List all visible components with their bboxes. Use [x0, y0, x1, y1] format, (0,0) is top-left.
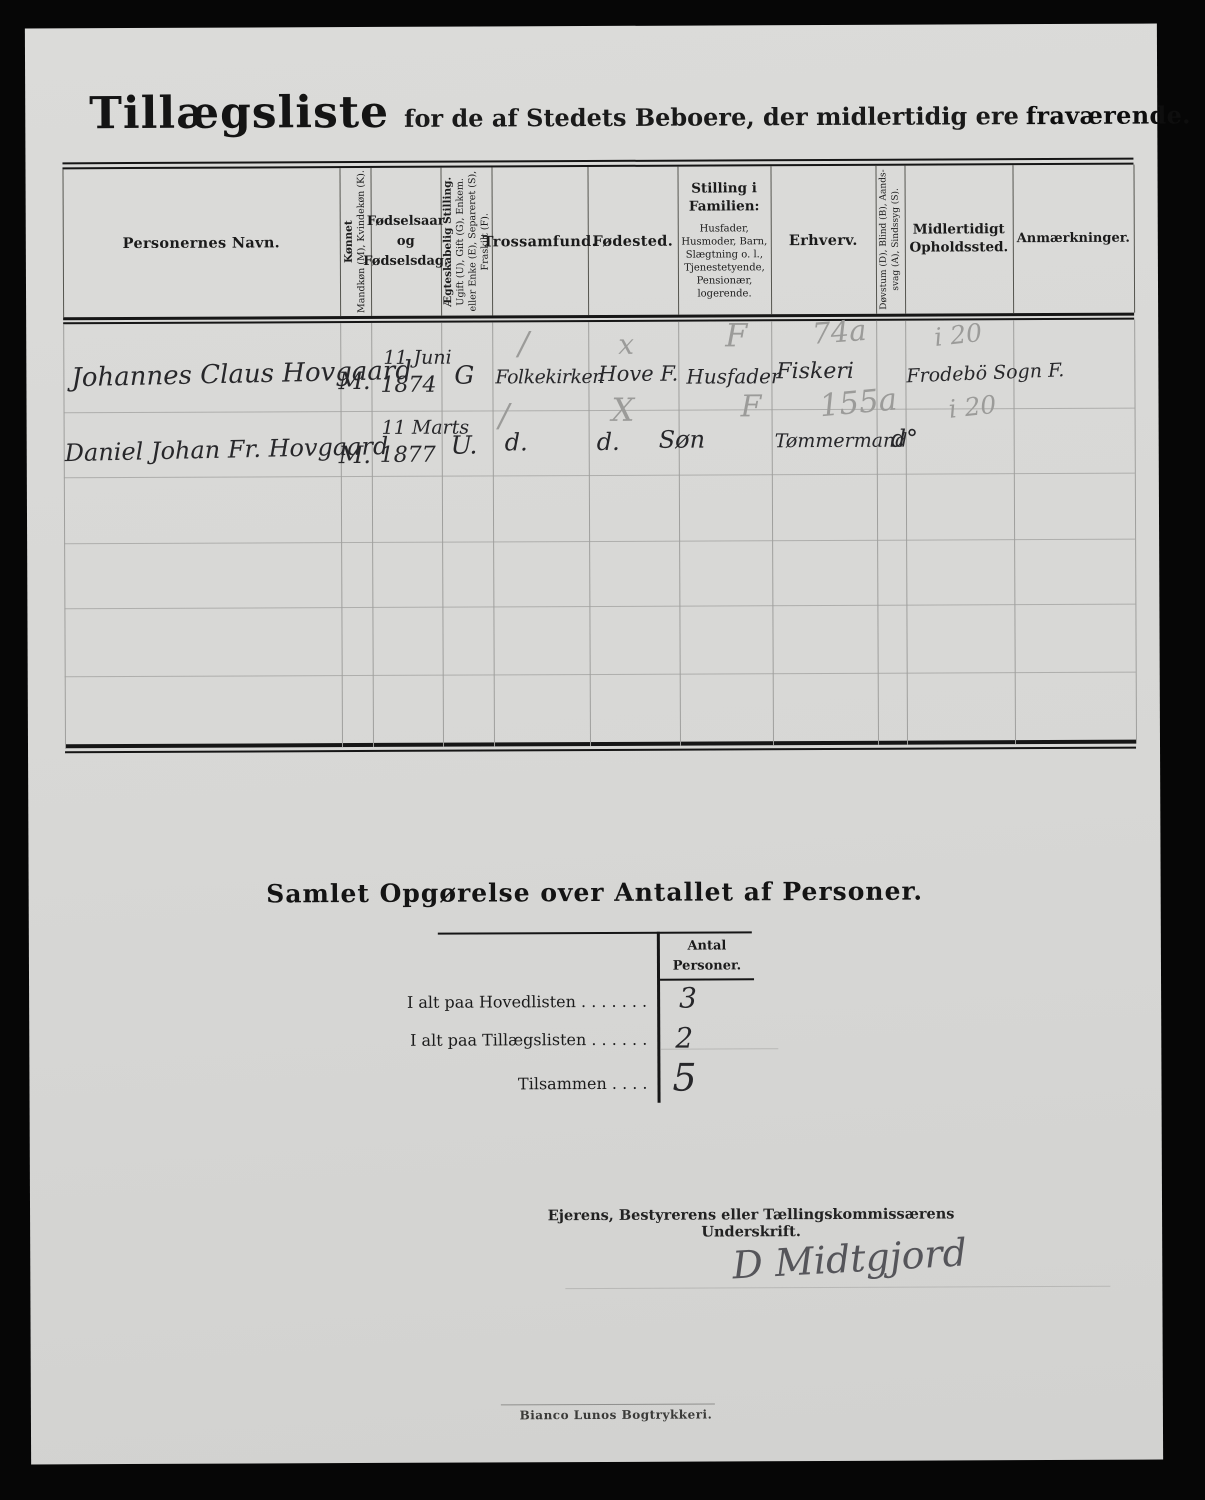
column-divider — [1013, 320, 1016, 744]
pencil-annotation: i 20 — [933, 318, 984, 352]
col-header-label: Stilling i Familien: — [678, 181, 771, 216]
cell-birthplace: d. — [597, 428, 620, 456]
cell-sex: M. — [338, 367, 370, 395]
col-header-doevstum: Døvstum (D), Blind (B), Aands- svag (A),… — [875, 166, 905, 314]
column-divider — [441, 323, 444, 747]
cell-birth-day: 11 Juni — [383, 347, 451, 369]
pencil-annotation: F — [740, 389, 761, 424]
pencil-annotation: F — [725, 316, 747, 354]
column-divider — [678, 322, 681, 746]
imprint-rule — [501, 1403, 715, 1405]
cell-occupation: Fiskeri — [776, 359, 854, 384]
cell-birth-year: 1874 — [380, 373, 436, 398]
signature-section: Ejerens, Bestyrerens eller Tællingskommi… — [25, 24, 1157, 29]
pencil-annotation: 74a — [811, 313, 868, 351]
summary-row-label: Tilsammen . . . . — [345, 1074, 647, 1094]
col-header-label: Døvstum (D), Blind (B), Aands- — [878, 166, 891, 314]
page-title-emphasis: fraværende. — [1026, 100, 1191, 130]
summary-col-header-line: Antal — [660, 936, 754, 956]
cell-birth-year: 1877 — [380, 443, 436, 468]
col-header-foedested: Fødested. — [587, 167, 678, 315]
scanned-census-page: Tillægsliste for de af Stedets Beboere, … — [25, 24, 1163, 1465]
summary-row-label: I alt paa Hovedlisten . . . . . . . — [345, 992, 647, 1012]
printer-imprint: Bianco Lunos Bogtrykkeri. — [451, 1407, 781, 1422]
col-header-label: Fødselsdag. — [363, 252, 448, 273]
col-header-erhverv: Erhverv. — [770, 166, 876, 314]
col-header-label: Trossamfund. — [483, 232, 597, 249]
cell-occupation: Tømmermand — [775, 430, 908, 453]
row-rule — [64, 539, 1135, 545]
col-header-label: Midlertidigt — [913, 222, 1005, 240]
column-divider — [63, 324, 66, 748]
col-header-stilling-i-familien: Stilling i Familien: Husfader, Husmoder,… — [677, 166, 771, 314]
pencil-annotation: 155a — [818, 381, 899, 424]
col-header-label: Anmærkninger. — [1017, 229, 1130, 250]
col-header-sublabel: Ugift (U), Gift (G), Enkem. — [455, 168, 468, 316]
table-row: Daniel Johan Fr. Hovgaard M. 11 Marts 18… — [25, 24, 1157, 29]
cell-marital: G — [454, 361, 474, 390]
col-header-anmaerkninger: Anmærkninger. — [1012, 165, 1134, 314]
cell-birthplace: Hove F. — [598, 362, 678, 386]
row-rule — [64, 604, 1135, 610]
col-header-label: Personernes Navn. — [123, 234, 280, 252]
col-header-sublabel: Husfader, Husmoder, Barn, Slægtning o. l… — [678, 222, 771, 300]
summary-row-label: I alt paa Tillægslisten . . . . . . — [345, 1030, 647, 1050]
col-header-label: Fødselsaar — [367, 211, 445, 231]
pencil-annotation: / — [498, 396, 509, 434]
col-header-koennet: Kønnet Mandkøn (M), Kvindekøn (K). — [339, 168, 371, 316]
cell-marital: U. — [451, 431, 478, 460]
col-header-label: og — [397, 232, 415, 252]
summary-top-rule — [438, 931, 752, 934]
col-header-sublabel: eller Enke (E), Separeret (S), — [467, 167, 480, 315]
summary-section: Samlet Opgørelse over Antallet af Person… — [25, 24, 1157, 29]
cell-faith: Folkekirken — [495, 366, 604, 388]
col-header-label: Erhverv. — [789, 231, 858, 248]
col-header-foedselsaar: Fødselsaar og Fødselsdag. — [370, 168, 441, 316]
row-rule — [65, 672, 1136, 678]
summary-title: Samlet Opgørelse over Antallet af Person… — [29, 876, 1161, 910]
col-header-label: Kønnet — [342, 168, 357, 316]
col-header-midlertidigt-opholdssted: Midlertidigt Opholdssted. — [904, 165, 1013, 313]
pencil-annotation: x — [618, 328, 634, 361]
page-title-rest: for de af Stedets Beboere, der midlertid… — [404, 101, 1019, 133]
col-header-sublabel: Mandkøn (M), Kvindekøn (K). — [356, 168, 369, 316]
summary-header-rule — [660, 978, 754, 980]
signature-line — [565, 1286, 1110, 1289]
cell-family-position: Husfader — [686, 364, 780, 388]
summary-row-value: 2 — [675, 1022, 693, 1055]
summary-col-header: Antal Personer. — [660, 936, 754, 975]
col-header-label: Ægteskabelig Stilling. — [440, 168, 455, 316]
vertical-header-text: Kønnet Mandkøn (M), Kvindekøn (K). — [342, 168, 369, 316]
col-header-label: Fødested. — [593, 232, 674, 249]
cell-family-position: Søn — [659, 426, 705, 454]
column-divider — [1134, 320, 1137, 744]
page-title: Tillægsliste for de af Stedets Beboere, … — [89, 83, 1191, 139]
summary-row-value: 3 — [679, 982, 697, 1015]
census-table: Personernes Navn. Kønnet Mandkøn (M), Kv… — [25, 24, 1157, 29]
summary-col-header-line: Personer. — [660, 956, 754, 976]
cell-temporary-residence: d° — [891, 425, 918, 453]
col-header-trossamfund: Trossamfund. — [491, 167, 588, 315]
table-row: Johannes Claus Hovgaard M. 11 Juni 1874 … — [25, 24, 1157, 29]
screenshot-root: { "colors":{"background":"#060606","pape… — [0, 0, 1205, 1500]
pencil-annotation: X — [611, 391, 634, 429]
col-header-label: svag (A), Sindssyg (S). — [890, 166, 903, 314]
col-header-label: Opholdssted. — [909, 239, 1008, 257]
col-header-personernes-navn: Personernes Navn. — [62, 168, 340, 317]
cell-sex: M. — [339, 441, 371, 469]
cell-temporary-residence: Frodebö Sogn F. — [906, 359, 1065, 387]
pencil-annotation: / — [518, 324, 529, 362]
summary-row-value: 5 — [672, 1056, 696, 1100]
vertical-header-text: Døvstum (D), Blind (B), Aands- svag (A),… — [878, 166, 903, 314]
table-bottom-rule-2 — [65, 747, 1136, 754]
row-rule — [64, 473, 1135, 479]
page-title-main: Tillægsliste — [89, 87, 389, 139]
pencil-annotation: i 20 — [947, 390, 998, 424]
footer-section: Bianco Lunos Bogtrykkeri. — [25, 24, 1157, 29]
